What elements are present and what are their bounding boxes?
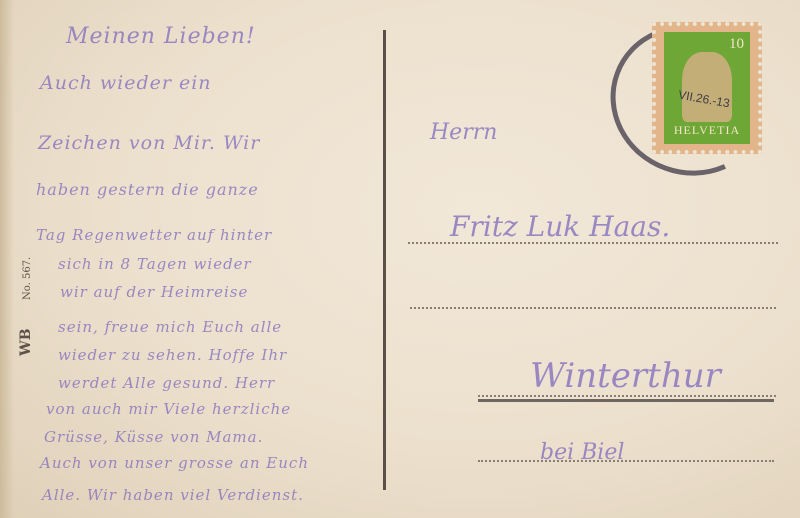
message-line: sich in 8 Tagen wieder	[58, 255, 252, 273]
message-line: sein, freue mich Euch alle	[58, 318, 282, 336]
message-line: werdet Alle gesund. Herr	[58, 374, 275, 392]
address-line-1	[408, 242, 778, 244]
stamp-design: 10 HELVETIA	[664, 32, 750, 144]
address-line-3	[478, 395, 776, 397]
address-line-2	[410, 307, 776, 309]
william-tell-portrait	[682, 52, 732, 122]
message-line: Auch von unser grosse an Euch	[40, 454, 309, 472]
town-underline	[478, 399, 774, 402]
stamp-country: HELVETIA	[664, 123, 750, 138]
card-edge-shadow	[0, 0, 14, 518]
message-line: Alle. Wir haben viel Verdienst.	[42, 486, 304, 504]
address-town: Winterthur	[530, 356, 721, 396]
address-name: Fritz Luk Haas.	[450, 210, 670, 243]
message-line: wir auf der Heimreise	[60, 283, 248, 301]
message-line: von auch mir Viele herzliche	[46, 400, 291, 418]
message-line: haben gestern die ganze	[36, 180, 259, 199]
address-salutation: Herrn	[430, 120, 497, 145]
postcard-back: No. 567. WB Meinen Lieben! Auch wieder e…	[0, 0, 800, 518]
publisher-logo: WB	[18, 328, 34, 356]
message-line: wieder zu sehen. Hoffe Ihr	[58, 346, 287, 364]
postage-stamp: 10 HELVETIA	[652, 22, 762, 154]
stamp-value: 10	[729, 36, 744, 53]
message-line: Grüsse, Küsse von Mama.	[44, 428, 263, 446]
message-line: Auch wieder ein	[40, 72, 212, 94]
message-line: Tag Regenwetter auf hinter	[36, 226, 272, 244]
message-line: Zeichen von Mir. Wir	[38, 132, 260, 154]
address-line-4	[478, 460, 774, 462]
center-divider	[383, 30, 386, 490]
card-number: No. 567.	[22, 257, 33, 300]
message-line: Meinen Lieben!	[66, 24, 256, 49]
